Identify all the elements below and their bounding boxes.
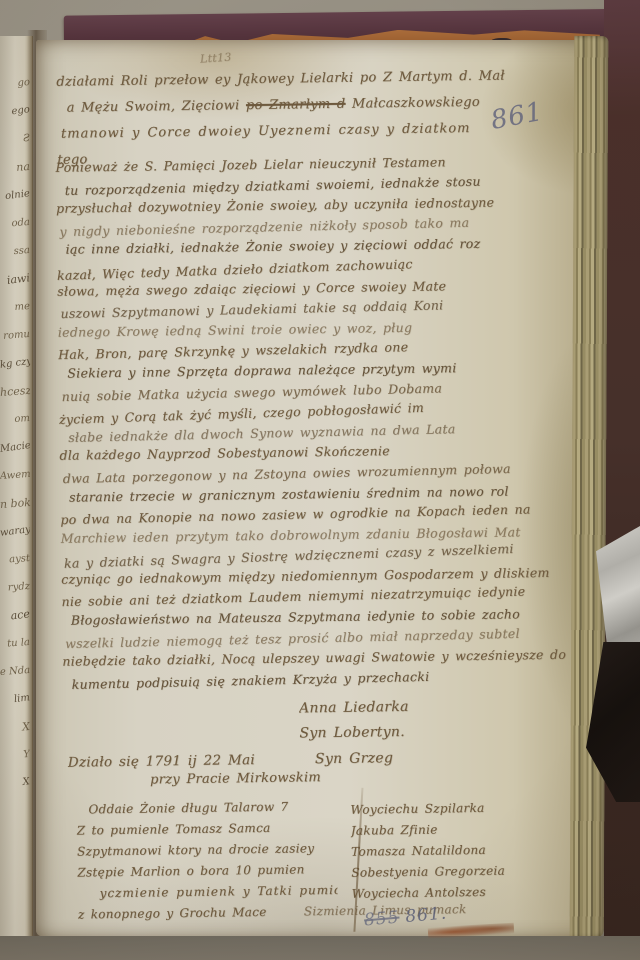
witness-row: Woyciecha Antolszes xyxy=(351,880,604,905)
handwritten-text-layer: Ltt13 działami Roli przełow ey Jąkowey L… xyxy=(52,44,604,936)
struck-out-words: po Zmarłym d xyxy=(246,97,346,113)
handwritten-line: z konopnego y Grochu Mace xyxy=(78,901,338,926)
main-paragraph: Ponieważ że S. Pamięci Jozeb Lielar nieu… xyxy=(55,150,604,693)
manuscript-photo: goegoƧnaolnieodassaiawimeromukg czyhcesz… xyxy=(0,0,640,960)
bottom-left-column: Oddaie Żonie długu Talarow 7Z to pumienl… xyxy=(76,796,338,926)
book-cover-right xyxy=(604,0,640,960)
old-page-number-struck: 855 xyxy=(363,908,400,931)
current-page-number: 861. xyxy=(405,904,448,927)
signature-name: Anna Liedarka xyxy=(299,695,409,722)
facing-page-text-fragments: goegoƧnaolnieodassaiawimeromukg czyhcesz… xyxy=(0,70,30,798)
date-line: Działo się 1791 ij 22 Mai xyxy=(68,749,256,774)
header-line2-pre: a Mężu Swoim, Zięciowi xyxy=(67,98,247,116)
faded-top-note: Ltt13 xyxy=(200,51,232,66)
signature-block: Anna Liedarka X Syn Lobertyn. X xyxy=(299,692,590,746)
manuscript-page: Ltt13 działami Roli przełow ey Jąkowey L… xyxy=(36,40,604,936)
page-stack-fore-edge xyxy=(570,36,609,938)
handwritten-line: yczmienie pumienk y Tatki pumiorek xyxy=(99,880,337,904)
signature-name: Syn Lobertyn. xyxy=(299,720,405,746)
date-row: Działo się 1791 ij 22 Mai Syn Grzeg X xyxy=(68,744,598,773)
signature-row: Syn Lobertyn. X xyxy=(299,717,589,746)
table-surface xyxy=(0,936,640,960)
date-place-line: przy Pracie Mirkowskim xyxy=(150,770,321,787)
witness-name: Woyciecha Antolszes xyxy=(351,880,592,904)
witness-column: Woyciechu Szpilarka Jakuba Zfinie Tomasz… xyxy=(350,796,604,905)
header-line2-post: Małcaszkowskiego xyxy=(345,95,480,112)
signature-name: Syn Grzeg xyxy=(315,747,393,770)
